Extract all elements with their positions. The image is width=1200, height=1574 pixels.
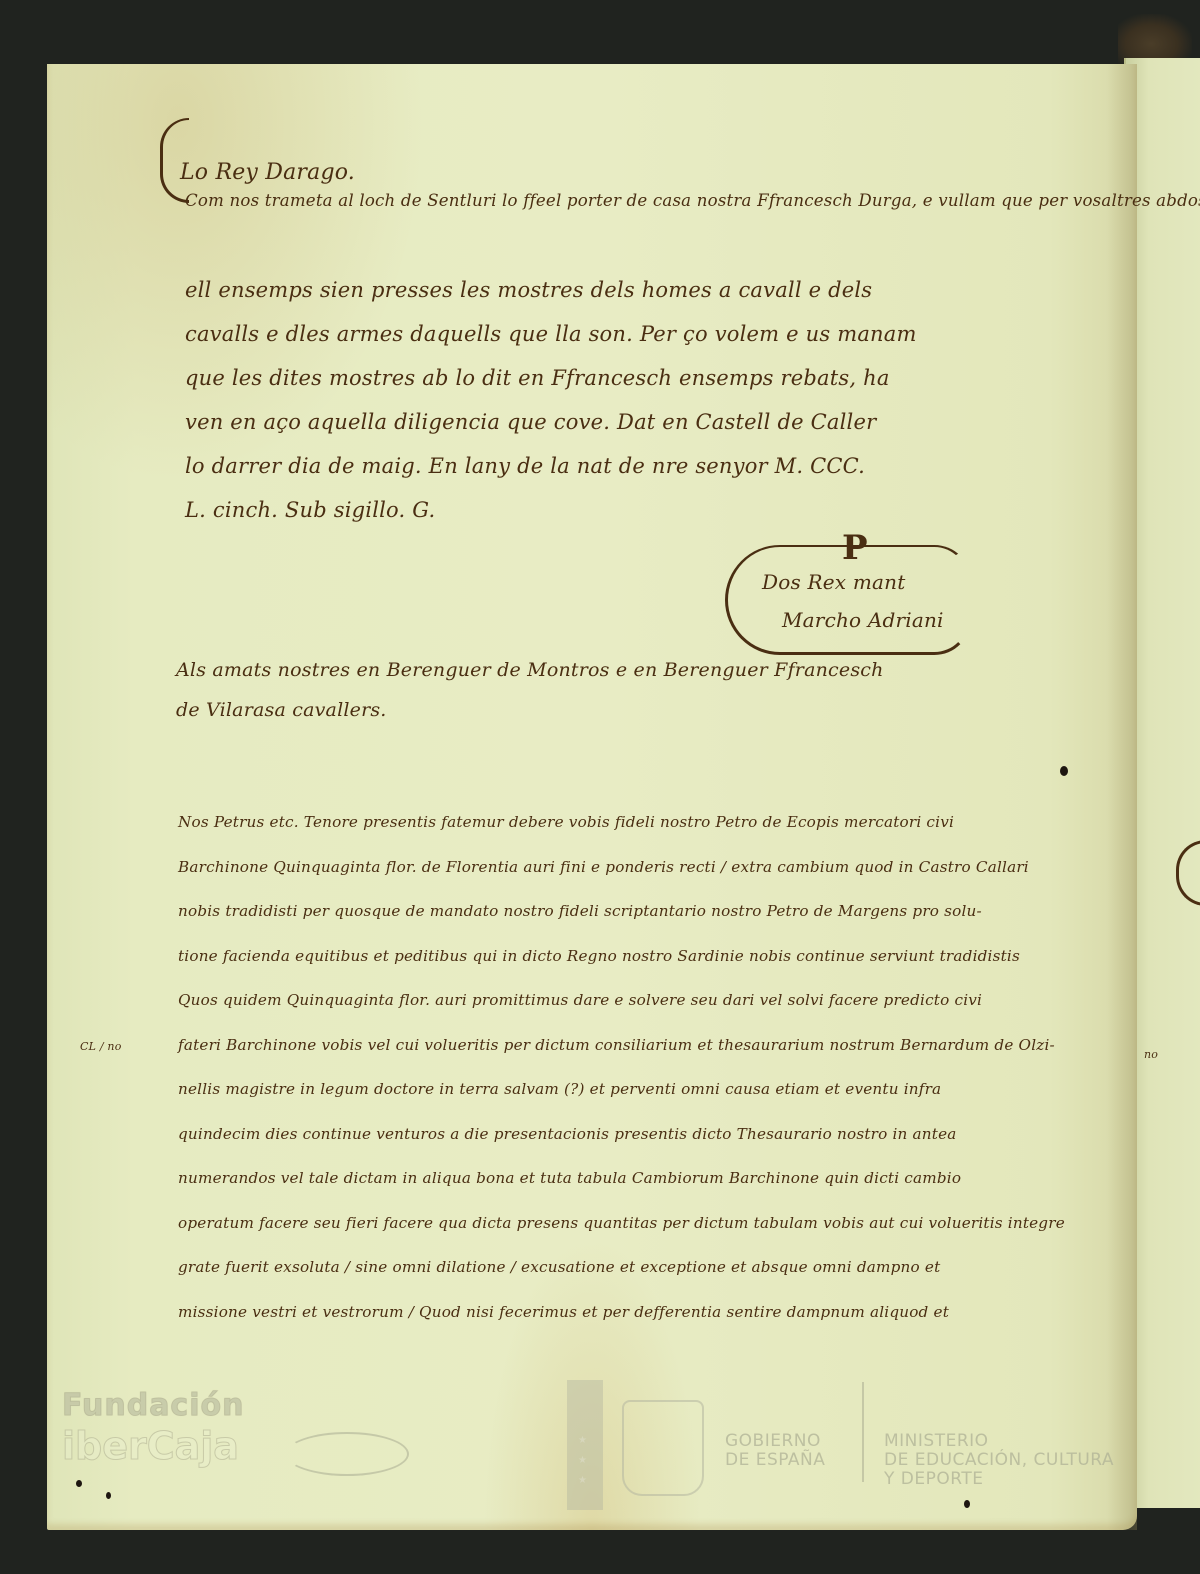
letter-heading: Lo Rey Darago.	[180, 160, 355, 185]
latin-line: nobis tradidisti per quosque de mandato …	[178, 889, 1065, 934]
ink-dot	[964, 1500, 970, 1508]
ink-dot	[106, 1492, 111, 1499]
watermark-fundacion: Fundación	[62, 1388, 244, 1423]
latin-line: fateri Barchinone vobis vel cui voluerit…	[178, 1023, 1065, 1068]
address-block: Als amats nostres en Berenguer de Montro…	[176, 650, 884, 730]
letter-line: ven en aço aquella diligencia que cove. …	[185, 400, 1200, 444]
signature-mark: P	[842, 528, 868, 568]
coat-of-arms-icon	[622, 1400, 704, 1496]
ministry-text: MINISTERIO DE EDUCACIÓN, CULTURA Y DEPOR…	[884, 1432, 1114, 1489]
ministry-line-3: Y DEPORTE	[884, 1470, 1114, 1489]
letter-line: lo darrer dia de maig. En lany de la nat…	[185, 444, 1200, 488]
letter-line: Com nos trameta al loch de Sentluri lo f…	[185, 190, 1200, 212]
ibercaja-logo-icon	[285, 1432, 409, 1476]
ink-dot	[76, 1480, 82, 1487]
latin-line: quindecim dies continue venturos a die p…	[178, 1112, 1065, 1157]
letter-line: cavalls e dles armes daquells que lla so…	[185, 312, 1200, 356]
star-icon: ★	[578, 1455, 587, 1466]
latin-entry: Nos Petrus etc. Tenore presentis fatemur…	[178, 800, 1065, 1334]
latin-line: grate fuerit exsoluta / sine omni dilati…	[178, 1245, 1065, 1290]
star-icon: ★	[578, 1435, 587, 1446]
gov-text: GOBIERNO DE ESPAÑA	[725, 1432, 825, 1470]
letter-line: ell ensemps sien presses les mostres del…	[185, 268, 1200, 312]
latin-line: Nos Petrus etc. Tenore presentis fatemur…	[178, 800, 1065, 845]
latin-line: tione facienda equitibus et peditibus qu…	[178, 934, 1065, 979]
signature-line-1: Dos Rex mant	[762, 570, 905, 594]
signature-line-2: Marcho Adriani	[782, 608, 944, 632]
margin-note-right: no	[1144, 1048, 1158, 1061]
logo-divider	[862, 1382, 864, 1482]
latin-line: nellis magistre in legum doctore in terr…	[178, 1067, 1065, 1112]
latin-line: missione vestri et vestrorum / Quod nisi…	[178, 1290, 1065, 1335]
address-line: de Vilarasa cavallers.	[176, 690, 884, 730]
letter-line: L. cinch. Sub sigillo. G.	[185, 488, 1200, 532]
star-icon: ★	[578, 1475, 587, 1486]
ministry-line-1: MINISTERIO	[884, 1432, 1114, 1451]
latin-line: Quos quidem Quinquaginta flor. auri prom…	[178, 978, 1065, 1023]
ministry-line-2: DE EDUCACIÓN, CULTURA	[884, 1451, 1114, 1470]
binding-thread	[1118, 14, 1192, 64]
latin-line: Barchinone Quinquaginta flor. de Florent…	[178, 845, 1065, 890]
ink-dot	[1060, 766, 1068, 776]
gov-line-1: GOBIERNO	[725, 1432, 825, 1451]
address-line: Als amats nostres en Berenguer de Montro…	[176, 650, 884, 690]
letter-body: Com nos trameta al loch de Sentluri lo f…	[185, 190, 1200, 532]
margin-note-left: CL / no	[80, 1040, 122, 1053]
gov-line-2: DE ESPAÑA	[725, 1451, 825, 1470]
latin-line: operatum facere seu fieri facere qua dic…	[178, 1201, 1065, 1246]
latin-line: numerandos vel tale dictam in aliqua bon…	[178, 1156, 1065, 1201]
letter-line: que les dites mostres ab lo dit en Ffran…	[185, 356, 1200, 400]
watermark-ibercaja: iberCaja	[62, 1424, 239, 1468]
